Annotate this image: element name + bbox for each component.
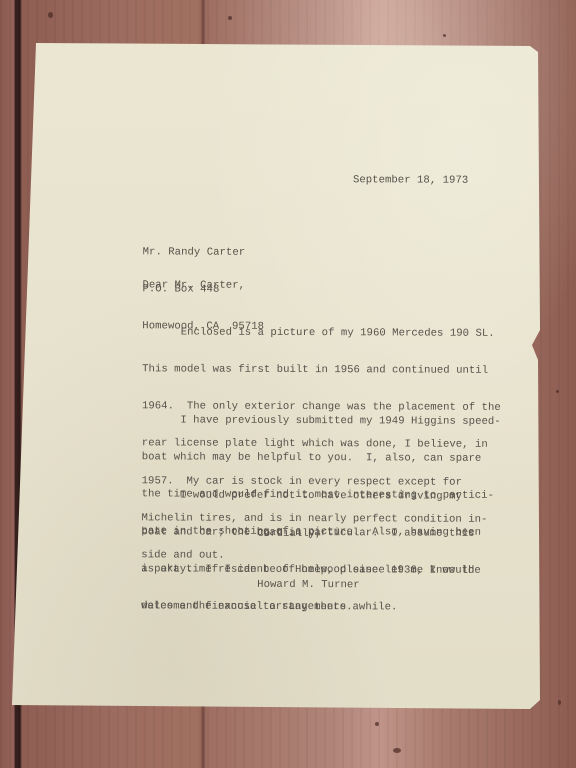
paragraph-line: Enclosed is a picture of my 1960 Mercede… — [142, 326, 501, 340]
recipient-name: Mr. Randy Carter — [143, 246, 265, 259]
paragraph-3: I would prefer not to have others drivin… — [141, 464, 481, 639]
typed-letter: September 18, 1973 Mr. Randy Carter P.O.… — [0, 0, 576, 768]
paragraph-line: I would prefer not to have others drivin… — [142, 489, 482, 503]
paragraph-line: I have previously submitted my 1949 Higg… — [142, 414, 501, 428]
paragraph-line: is okay. If I can be of help, please let… — [141, 564, 481, 578]
letter-date: September 18, 1973 — [353, 174, 468, 187]
paragraph-line: boat which may be helpful to you. I, als… — [142, 451, 501, 465]
paragraph-line: dates and financial arrangements. — [141, 601, 481, 615]
closing: Cordially, — [257, 528, 321, 541]
signature-name: Howard M. Turner — [257, 579, 360, 592]
paragraph-line: This model was first built in 1956 and c… — [142, 363, 501, 377]
salutation: Dear Mr. Carter, — [142, 279, 245, 292]
